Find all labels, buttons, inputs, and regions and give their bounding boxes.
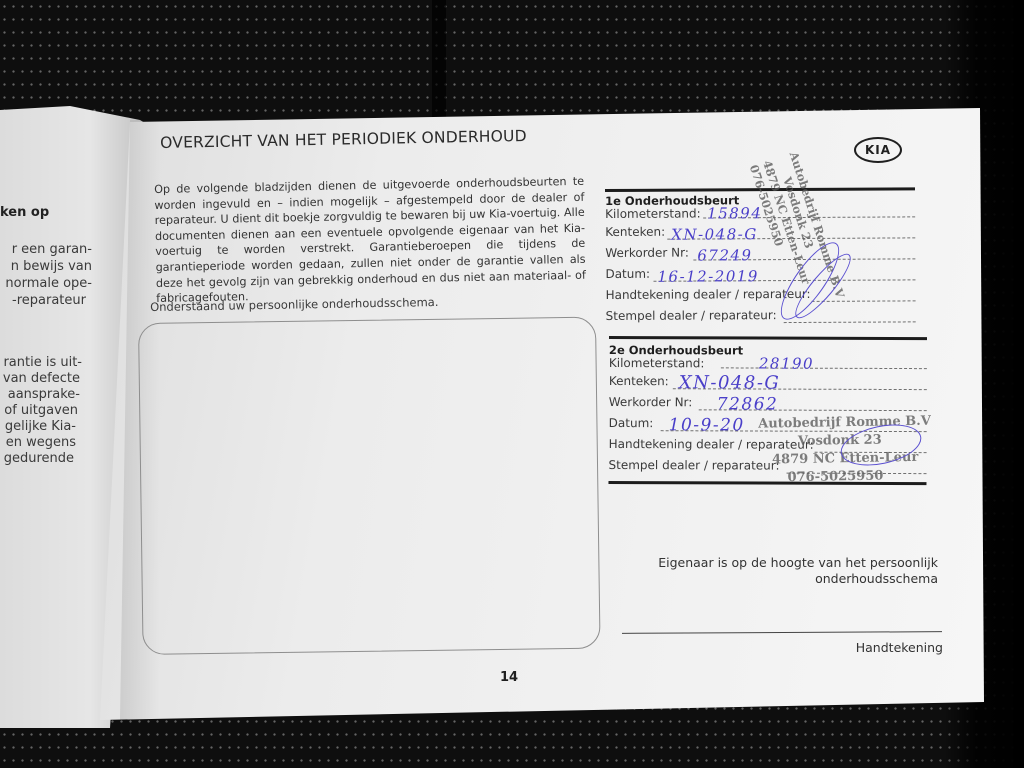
- field-label: Handtekening dealer / reparateur:: [606, 287, 811, 302]
- left-page-heading-fragment: ken op: [0, 205, 46, 222]
- handwritten-value: 16-12-2019: [657, 267, 759, 286]
- left-page-line: en wegens: [0, 435, 76, 452]
- left-page-line: normale ope-: [0, 276, 92, 293]
- fill-line: [721, 367, 927, 369]
- field-label: Kilometerstand:: [609, 356, 705, 370]
- service-2-plate-field[interactable]: Kenteken: XN-048-G: [609, 374, 927, 396]
- field-label: Datum:: [609, 416, 654, 430]
- field-label: Werkorder Nr:: [609, 395, 693, 409]
- left-page-line: van defecte: [0, 371, 80, 388]
- stamp-line: Autobedrijf Romme B.V: [734, 412, 954, 434]
- left-page-line: n bewijs van: [0, 259, 92, 276]
- seat-seam: [432, 0, 446, 120]
- left-page-line: gelijke Kia-: [0, 419, 76, 436]
- handwritten-value: 72862: [717, 394, 779, 414]
- left-page-line: gedurende: [0, 451, 74, 468]
- left-page-line: of uitgaven: [0, 403, 78, 420]
- field-label: Kilometerstand:: [605, 206, 701, 221]
- handwritten-value: XN-048-G: [679, 372, 781, 393]
- field-label: Kenteken:: [605, 225, 665, 239]
- handwritten-value: 15894: [707, 204, 762, 222]
- schema-box: [138, 317, 601, 655]
- intro-paragraph: Op de volgende bladzijden dienen de uitg…: [154, 174, 586, 307]
- service-1-signature-field[interactable]: Handtekening dealer / reparateur:: [606, 286, 916, 309]
- owner-signature-label: Handtekening: [800, 640, 943, 655]
- handwritten-value: XN-048-G: [671, 225, 758, 243]
- section-rule: [609, 336, 927, 340]
- kia-logo-icon: KIA: [854, 137, 902, 163]
- service-1-stamp-field[interactable]: Stempel dealer / reparateur:: [606, 307, 916, 330]
- left-page-line: aansprake-: [0, 387, 80, 404]
- field-label: Kenteken:: [609, 374, 669, 388]
- field-label: Werkorder Nr:: [605, 246, 689, 260]
- left-page-line: -reparateur: [0, 293, 86, 310]
- service-1-workorder-field[interactable]: Werkorder Nr: 67249: [605, 244, 915, 267]
- field-label: Datum:: [605, 267, 650, 281]
- service-1-plate-field[interactable]: Kenteken: XN-048-G: [605, 223, 915, 246]
- fill-line: [784, 321, 916, 323]
- field-label: Stempel dealer / reparateur:: [606, 308, 777, 323]
- handwritten-value: 10-9-20: [669, 415, 745, 435]
- service-1-date-field[interactable]: Datum: 16-12-2019: [605, 265, 915, 288]
- page-number: 14: [500, 670, 518, 685]
- handwritten-value: 28190: [759, 355, 814, 373]
- left-page-line: rantie is uit-: [0, 355, 82, 372]
- owner-acknowledgement-text: Eigenaar is op de hoogte van het persoon…: [620, 555, 938, 587]
- handwritten-value: 67249: [697, 246, 752, 264]
- left-page-line: r een garan-: [0, 242, 92, 259]
